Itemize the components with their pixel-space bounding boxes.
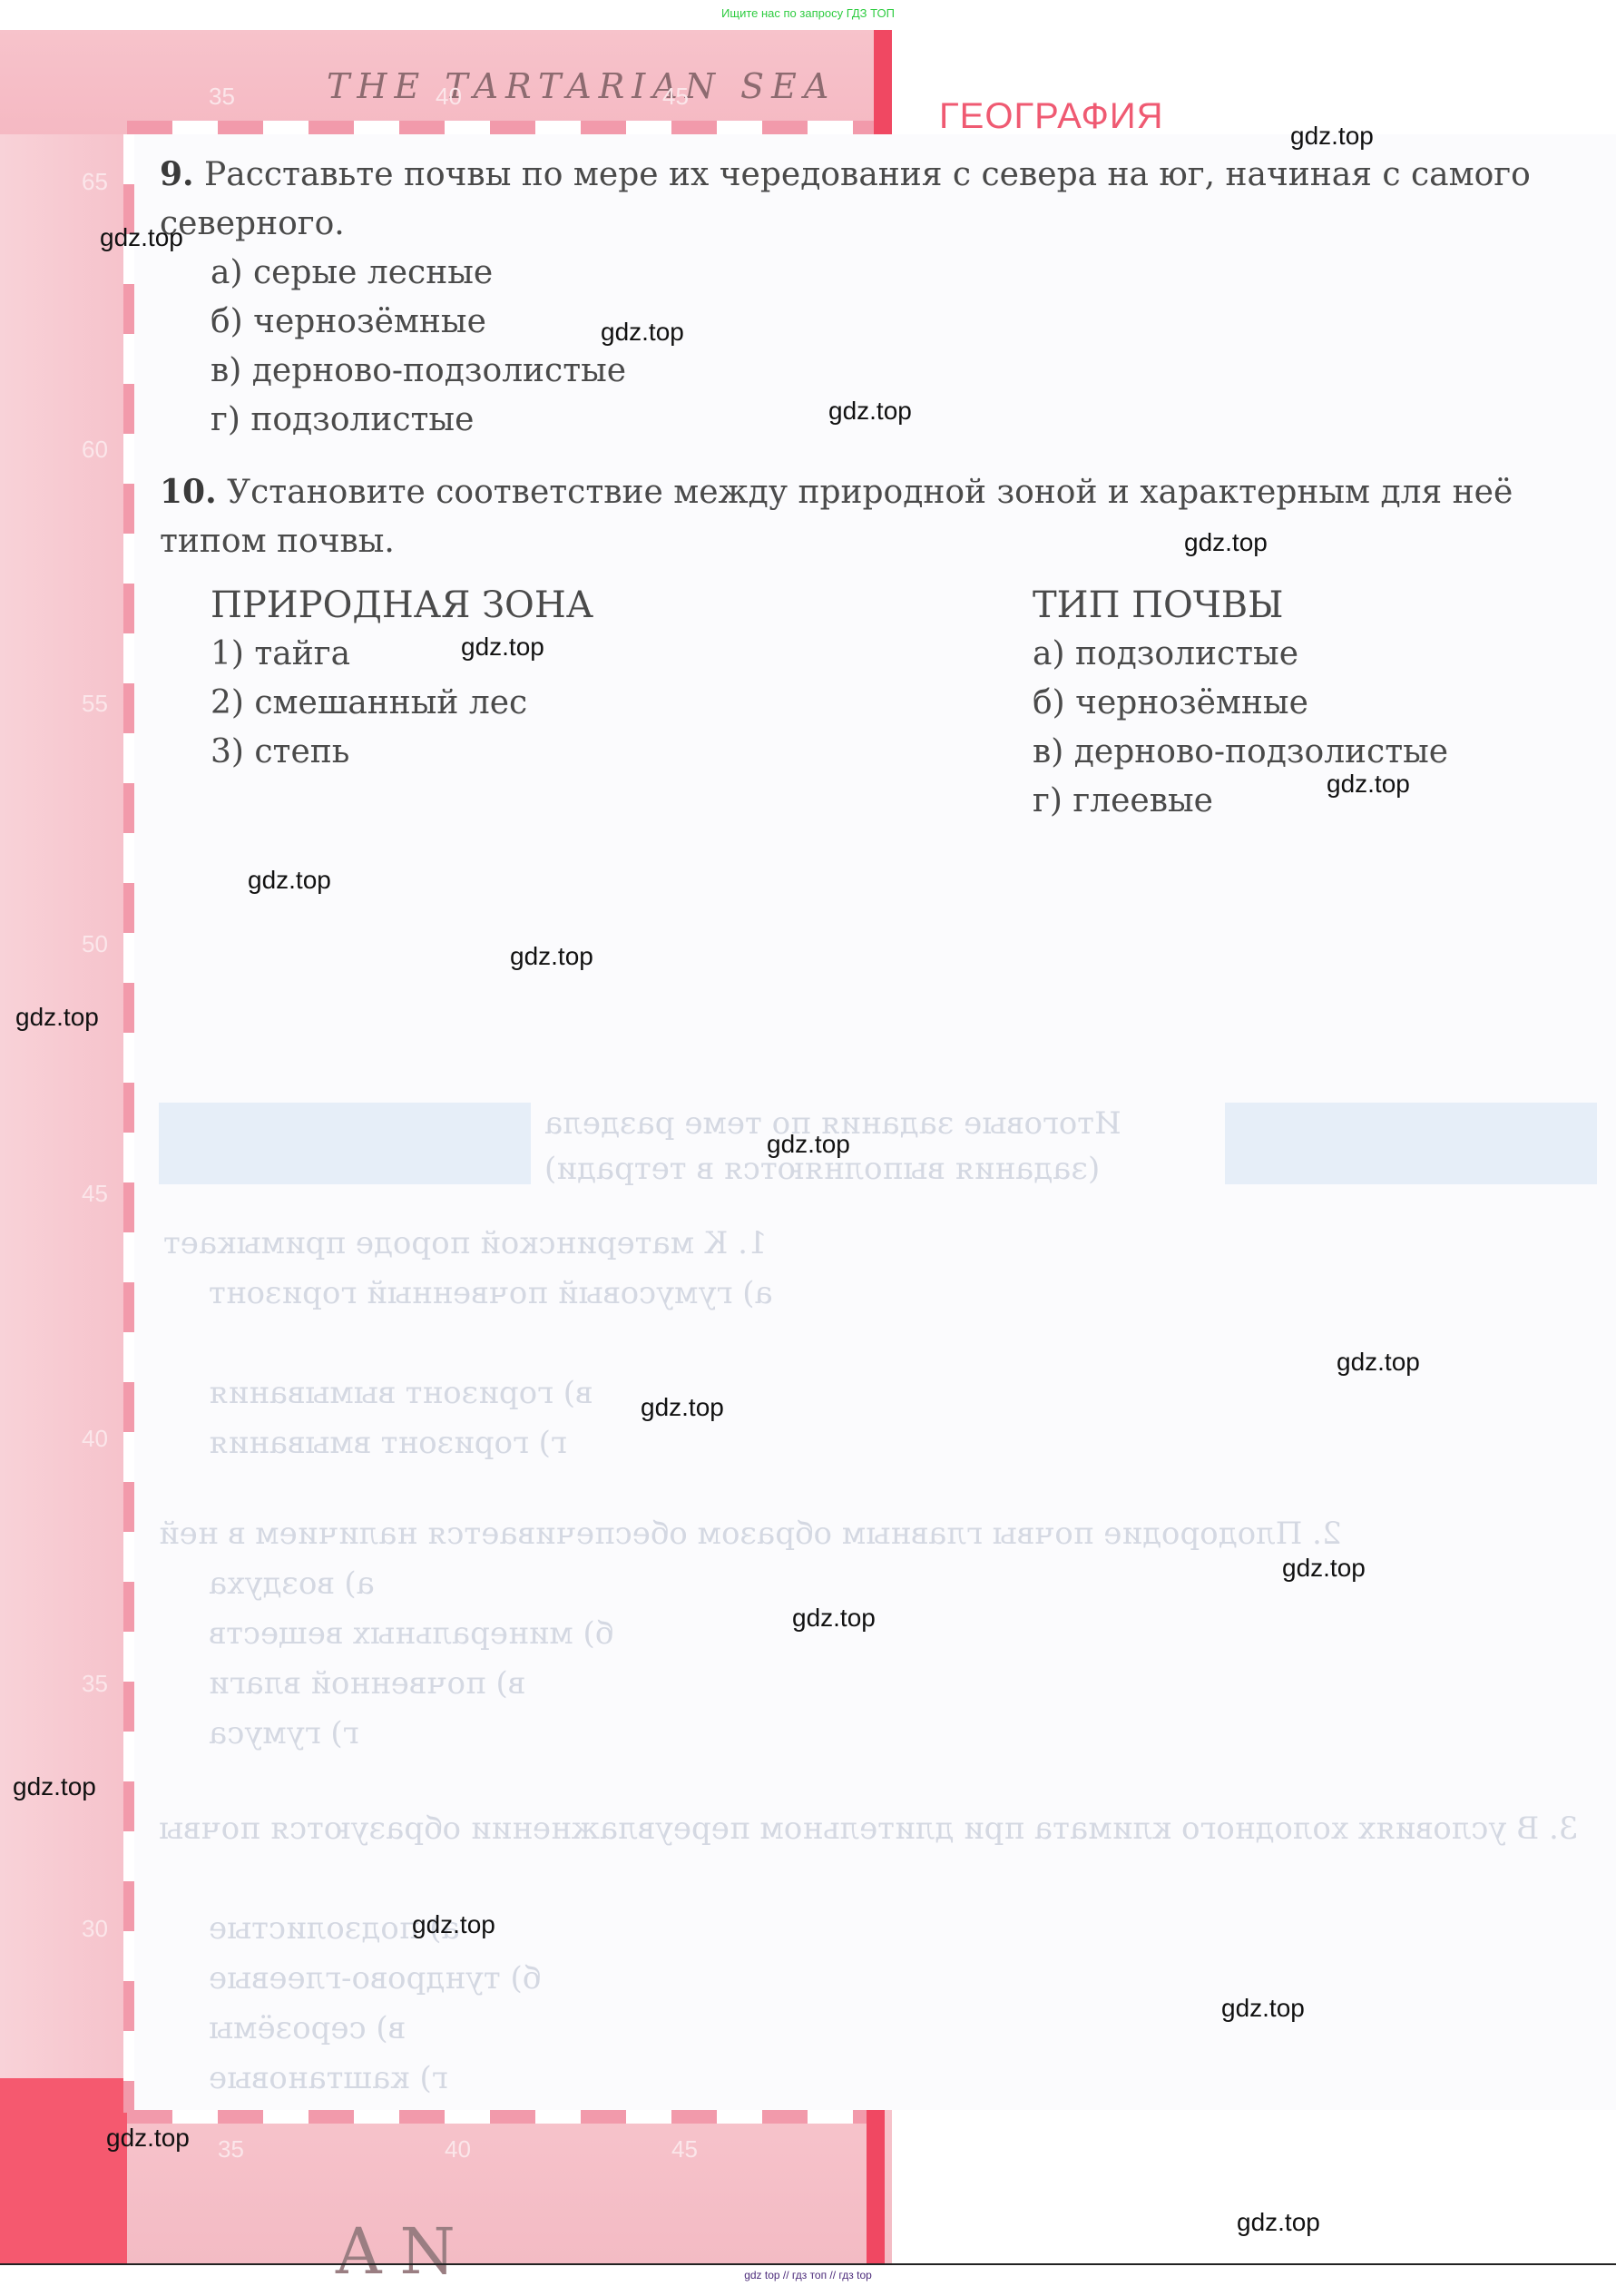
red-corner-block bbox=[0, 2078, 127, 2264]
map-border-bottom: 35 40 45 bbox=[127, 2110, 892, 2264]
question-number: 9. bbox=[160, 155, 194, 193]
footer-links[interactable]: gdz top // гдз топ // гдз top bbox=[0, 2269, 1616, 2281]
divider bbox=[0, 2263, 1616, 2265]
scale-ruler-top bbox=[127, 121, 874, 134]
soil-item: а) подзолистые bbox=[1033, 630, 1448, 679]
watermark: gdz.top bbox=[100, 223, 183, 252]
column-header: ТИП ПОЧВЫ bbox=[1033, 581, 1448, 630]
ghost-line: б) минеральных веществ bbox=[209, 1615, 613, 1652]
watermark: gdz.top bbox=[510, 942, 593, 971]
map-grid-number: 45 bbox=[662, 83, 689, 111]
question-text: Расставьте почвы по мере их чередования … bbox=[160, 156, 1531, 242]
ghost-line: г) гумуса bbox=[209, 1715, 358, 1751]
column-header: ПРИРОДНАЯ ЗОНА bbox=[211, 581, 593, 630]
map-grid-number: 40 bbox=[436, 83, 462, 111]
watermark: gdz.top bbox=[641, 1393, 724, 1422]
watermark: gdz.top bbox=[1237, 2208, 1320, 2237]
answer-option: в) дерново-подзолистые bbox=[160, 347, 1602, 396]
ghost-banner-left bbox=[159, 1103, 531, 1184]
red-accent-bar bbox=[867, 2110, 885, 2264]
map-grid-number: 60 bbox=[82, 436, 108, 464]
question-text: Установите соответствие между природной … bbox=[160, 474, 1513, 560]
map-grid-number: 50 bbox=[82, 930, 108, 958]
watermark: gdz.top bbox=[461, 633, 544, 662]
watermark: gdz.top bbox=[1337, 1348, 1420, 1377]
ghost-line: а) гумусовый почвенный горизонт bbox=[209, 1275, 773, 1311]
ghost-line: а) воздуха bbox=[209, 1565, 375, 1602]
map-grid-number: 65 bbox=[82, 168, 108, 196]
ghost-line: 2. Плодородие почвы главным образом обес… bbox=[159, 1516, 1342, 1552]
zone-item: 3) степь bbox=[211, 728, 593, 777]
watermark: gdz.top bbox=[1282, 1554, 1366, 1583]
watermark: gdz.top bbox=[106, 2124, 190, 2153]
map-grid-number: 35 bbox=[82, 1670, 108, 1698]
natural-zone-column: ПРИРОДНАЯ ЗОНА 1) тайга 2) смешанный лес… bbox=[211, 581, 593, 777]
watermark: gdz.top bbox=[1184, 528, 1268, 557]
ghost-banner-right bbox=[1225, 1103, 1597, 1184]
map-grid-number: 35 bbox=[218, 2135, 244, 2164]
search-banner[interactable]: Ищите нас по запросу ГДЗ ТОП bbox=[0, 0, 1616, 29]
watermark: gdz.top bbox=[13, 1772, 96, 1801]
watermark: gdz.top bbox=[15, 1003, 99, 1032]
map-border-top: THE TARTARIAN SEA 35 40 45 bbox=[0, 30, 892, 134]
map-grid-number: 35 bbox=[209, 83, 235, 111]
soil-item: б) чернозёмные bbox=[1033, 679, 1448, 728]
map-grid-number: 40 bbox=[82, 1425, 108, 1453]
ghost-line: г) горизонт вмывания bbox=[209, 1425, 567, 1461]
map-title: THE TARTARIAN SEA bbox=[327, 66, 836, 106]
map-grid-number: 45 bbox=[82, 1180, 108, 1208]
map-grid-number: 30 bbox=[82, 1915, 108, 1943]
watermark: gdz.top bbox=[601, 318, 684, 347]
ghost-line: г) каштановые bbox=[209, 2060, 448, 2096]
subject-title: ГЕОГРАФИЯ bbox=[939, 96, 1164, 137]
map-grid-number: 45 bbox=[671, 2135, 698, 2164]
watermark: gdz.top bbox=[828, 397, 912, 426]
ghost-line: 1. К материнской породе примыкает bbox=[163, 1225, 768, 1261]
answer-option: б) чернозёмные bbox=[160, 298, 1602, 347]
question-number: 10. bbox=[160, 473, 217, 511]
watermark: gdz.top bbox=[767, 1130, 850, 1159]
watermark: gdz.top bbox=[1221, 1994, 1305, 2023]
scale-ruler-bottom bbox=[127, 2110, 874, 2124]
watermark: gdz.top bbox=[792, 1604, 876, 1633]
zone-item: 2) смешанный лес bbox=[211, 679, 593, 728]
ghost-line: 3. В условиях холодного климата при длит… bbox=[159, 1810, 1578, 1847]
watermark: gdz.top bbox=[248, 866, 331, 895]
map-border-left bbox=[0, 30, 127, 2117]
watermark: gdz.top bbox=[412, 1910, 495, 1939]
answer-option: а) серые лесные bbox=[160, 249, 1602, 298]
question-10: 10. Установите соответствие между природ… bbox=[160, 467, 1602, 566]
watermark: gdz.top bbox=[1290, 122, 1374, 151]
ghost-line: в) горизонт вымывания bbox=[209, 1375, 593, 1411]
ghost-line: в) серозёмы bbox=[209, 2010, 406, 2046]
ghost-line: б) тундрово-глеевые bbox=[209, 1960, 541, 1997]
ghost-line: в) почвенной влаги bbox=[209, 1665, 525, 1702]
watermark: gdz.top bbox=[1327, 770, 1410, 799]
map-grid-number: 40 bbox=[445, 2135, 471, 2164]
red-accent-bar bbox=[874, 30, 892, 134]
map-grid-number: 55 bbox=[82, 690, 108, 718]
